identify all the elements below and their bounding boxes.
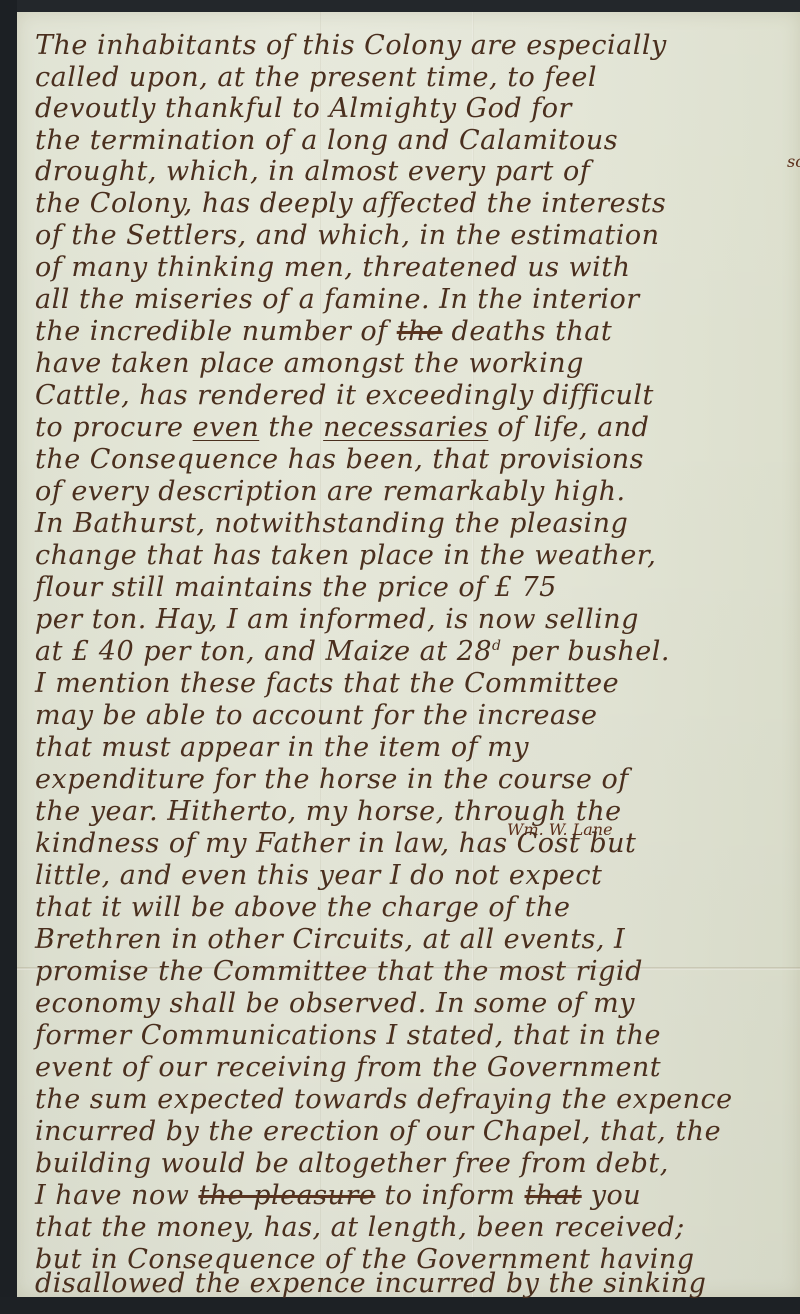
text-line: called upon, at the present time, to fee… (35, 62, 597, 93)
text-segment: at £ 40 per ton, and Maize at 28 (35, 636, 492, 667)
text-line: the sum expected towards defraying the e… (35, 1084, 733, 1115)
text-line: to procure even the necessaries of life,… (35, 412, 649, 443)
text-line: of many thinking men, threatened us with (35, 252, 631, 283)
text-line: the Colony, has deeply affected the inte… (35, 188, 666, 219)
text-line: I mention these facts that the Committee (35, 668, 619, 699)
text-line: flour still maintains the price of £ 75 (35, 572, 557, 603)
text-line: In Bathurst, notwithstanding the pleasin… (35, 508, 628, 539)
text-line: may be able to account for the increase (35, 700, 597, 731)
text-line: devoutly thankful to Almighty God for (35, 93, 572, 124)
text-line: at £ 40 per ton, and Maize at 28d per bu… (35, 636, 670, 667)
text-line: promise the Committee that the most rigi… (35, 956, 643, 987)
text-line: of the Settlers, and which, in the estim… (35, 220, 660, 251)
text-line: of every description are remarkably high… (35, 476, 626, 507)
text-line: incurred by the erection of our Chapel, … (35, 1116, 721, 1147)
text-segment: I have now (35, 1180, 189, 1211)
text-line: the incredible number of the deaths that (35, 316, 612, 347)
text-segment: per bushel. (511, 636, 670, 667)
text-line: kindness of my Father in law, has Cost b… (35, 828, 636, 859)
text-line: building would be altogether free from d… (35, 1148, 669, 1179)
text-line: that the money, has, at length, been rec… (35, 1212, 685, 1243)
superscript: d (492, 638, 501, 654)
struck-word: that (525, 1180, 582, 1211)
text-segment: you (591, 1180, 641, 1211)
struck-word: the (397, 316, 443, 347)
text-segment: of life, and (497, 412, 649, 443)
text-segment: the incredible number of (35, 316, 388, 347)
scan-border-bottom (0, 1297, 800, 1314)
text-segment: to procure (35, 412, 184, 443)
text-line: economy shall be observed. In some of my (35, 988, 635, 1019)
text-segment: deaths that (452, 316, 613, 347)
text-line: I have now the pleasure to inform that y… (35, 1180, 641, 1211)
text-line: have taken place amongst the working (35, 348, 584, 379)
text-line: Brethren in other Circuits, at all event… (35, 924, 625, 955)
text-line: all the miseries of a famine. In the int… (35, 284, 640, 315)
text-line: the termination of a long and Calamitous (35, 125, 618, 156)
letter-page: The inhabitants of this Colony are espec… (17, 12, 800, 1297)
text-line: drought, which, in almost every part of (35, 156, 590, 187)
text-line: expenditure for the horse in the course … (35, 764, 629, 795)
margin-insertion: so (787, 152, 800, 171)
scan-border-left (0, 0, 17, 1314)
text-segment: the (268, 412, 314, 443)
text-line: per ton. Hay, I am informed, is now sell… (35, 604, 639, 635)
text-line: change that has taken place in the weath… (35, 540, 656, 571)
text-line: little, and even this year I do not expe… (35, 860, 602, 891)
text-line: former Communications I stated, that in … (35, 1020, 661, 1051)
text-line: event of our receiving from the Governme… (35, 1052, 661, 1083)
struck-words: the pleasure (198, 1180, 375, 1211)
handwritten-text: The inhabitants of this Colony are espec… (17, 12, 800, 1297)
text-segment: to inform (384, 1180, 515, 1211)
text-line: Cattle, has rendered it exceedingly diff… (35, 380, 654, 411)
text-line: The inhabitants of this Colony are espec… (35, 30, 667, 61)
text-line: that it will be above the charge of the (35, 892, 570, 923)
text-line: disallowed the expence incurred by the s… (35, 1268, 706, 1299)
text-line: that must appear in the item of my (35, 732, 529, 763)
scan-border-top (0, 0, 800, 12)
underlined-word: even (193, 412, 260, 443)
underlined-word: necessaries (323, 412, 488, 443)
text-line: the Consequence has been, that provision… (35, 444, 644, 475)
